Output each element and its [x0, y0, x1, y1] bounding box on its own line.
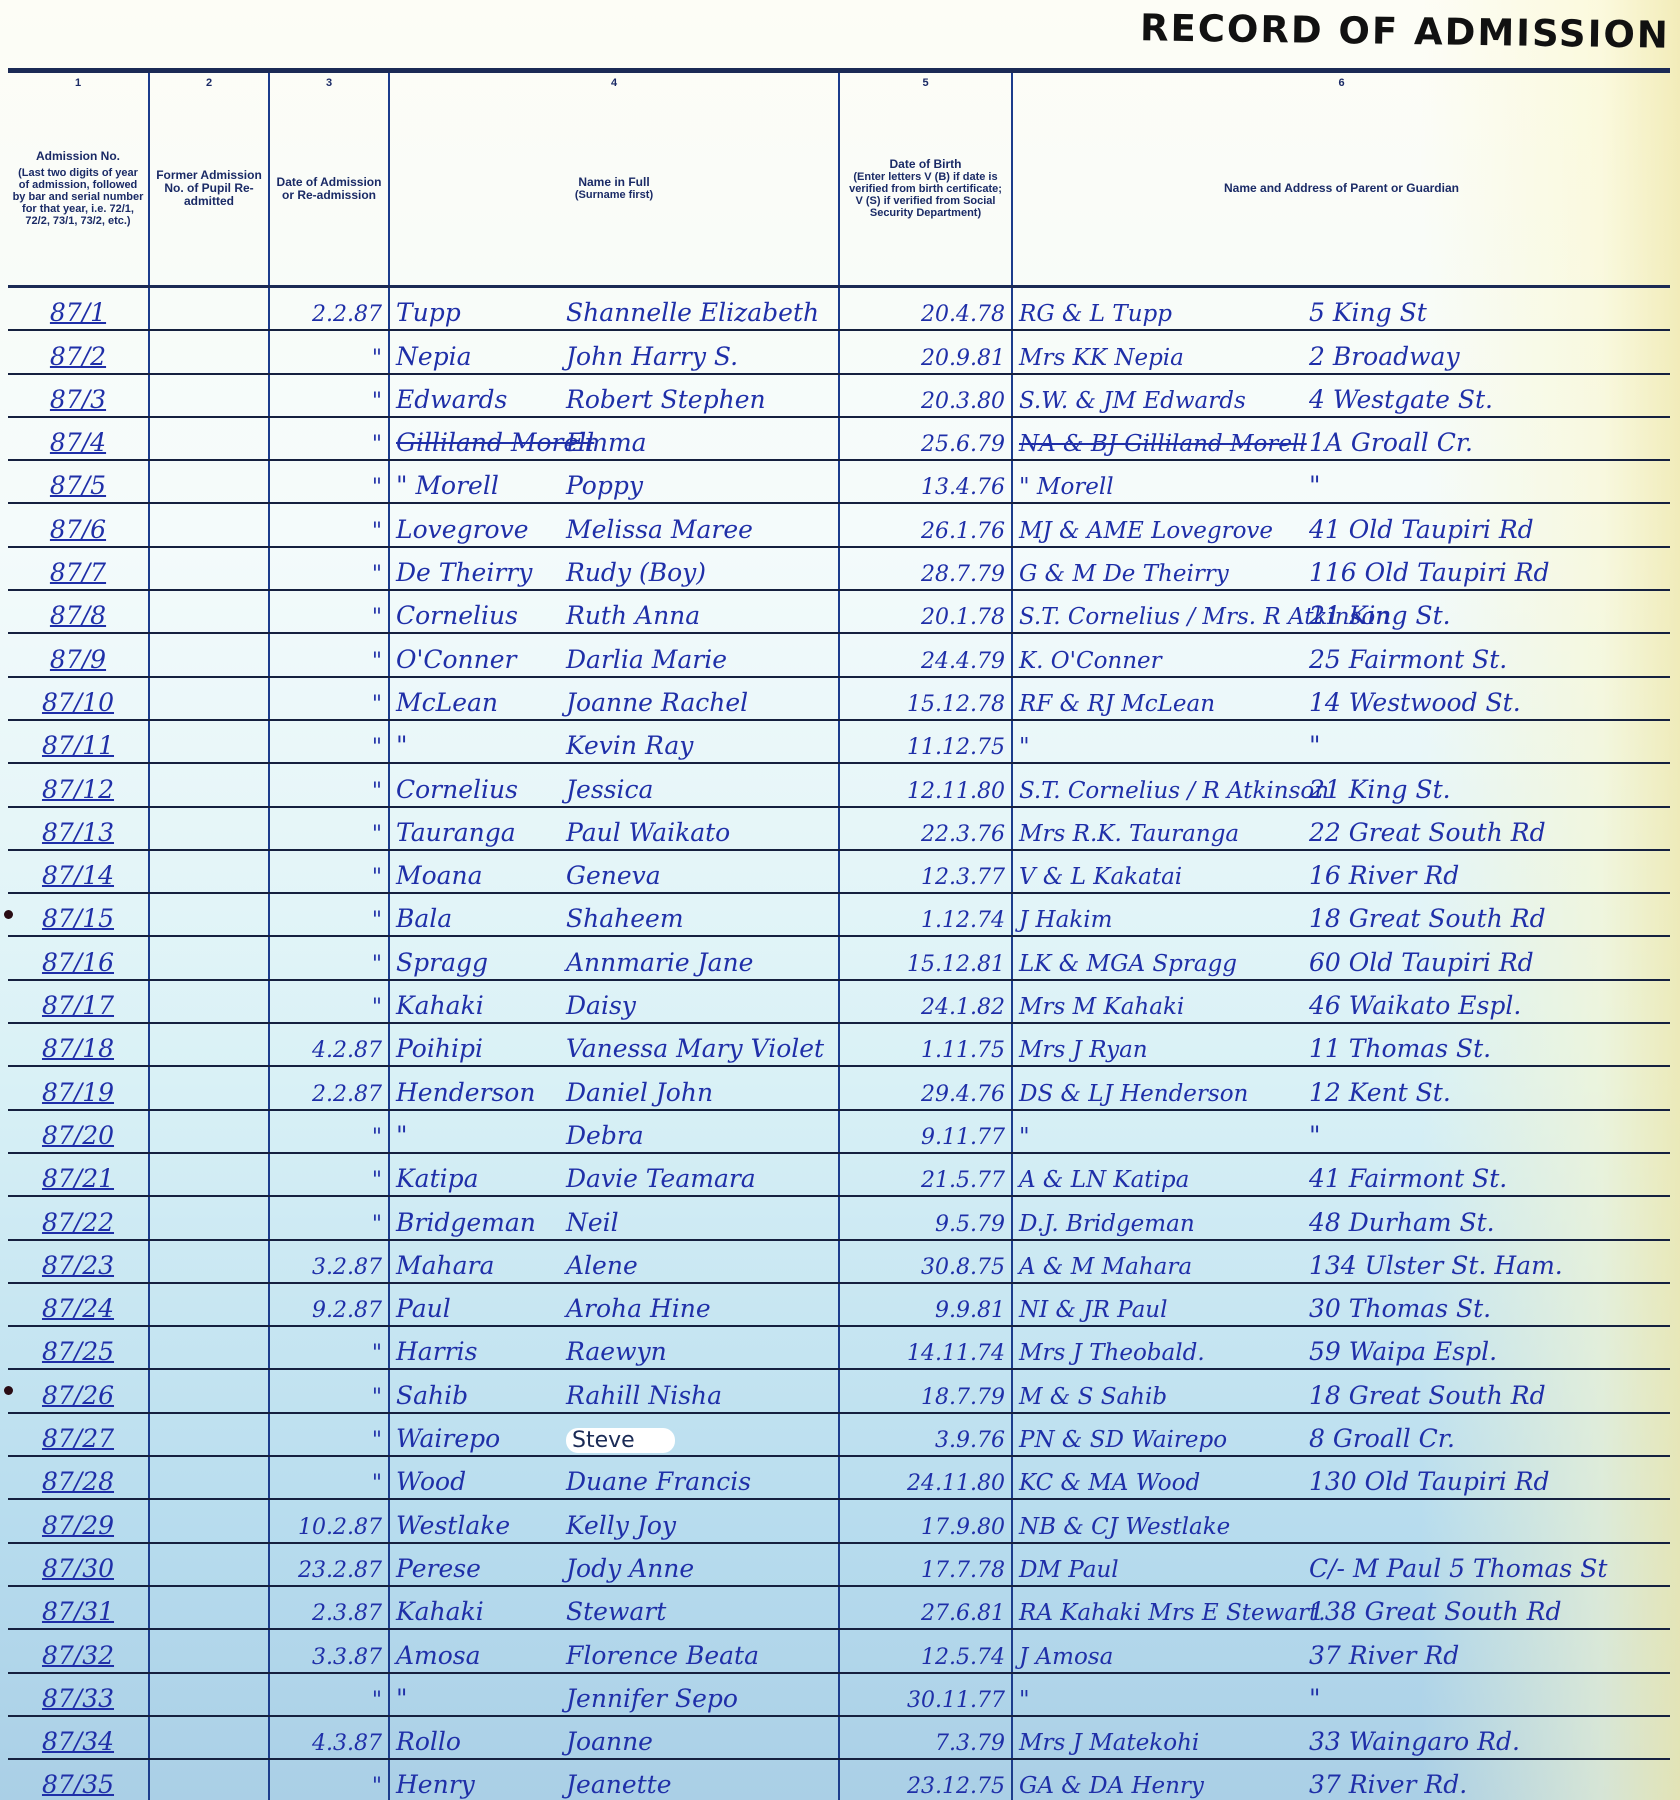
surname: Perese — [396, 1554, 566, 1583]
former-admission-cell — [150, 981, 270, 1022]
date-of-admission-cell: " — [270, 808, 390, 849]
admission-no-cell: 87/4 — [8, 418, 150, 459]
date-of-admission-cell: " — [270, 721, 390, 762]
surname: Harris — [396, 1337, 566, 1366]
table-body: 87/1 2.2.87 Tupp Shannelle Elizabeth 20.… — [8, 288, 1670, 1800]
admission-no-cell: 87/29 — [8, 1500, 150, 1541]
given-names: Raewyn — [566, 1337, 667, 1366]
date-of-birth-cell: 9.5.79 — [840, 1197, 1013, 1238]
name-in-full-cell: " Jennifer Sepo — [390, 1674, 840, 1715]
given-names: Joanne Rachel — [566, 688, 748, 717]
name-in-full-cell: Bala Shaheem — [390, 894, 840, 935]
former-admission-cell — [150, 634, 270, 675]
surname: Poihipi — [396, 1034, 566, 1063]
date-of-birth-cell: 30.8.75 — [840, 1241, 1013, 1282]
date-of-birth-cell: 15.12.78 — [840, 678, 1013, 719]
date-of-admission-cell: " — [270, 548, 390, 589]
parent-address: 134 Ulster St. Ham. — [1309, 1251, 1563, 1280]
date-of-birth-cell: 12.3.77 — [840, 851, 1013, 892]
name-in-full-cell: Cornelius Jessica — [390, 764, 840, 805]
admission-no-cell: 87/17 — [8, 981, 150, 1022]
given-names: John Harry S. — [566, 342, 738, 371]
parent-address: 138 Great South Rd — [1309, 1597, 1561, 1626]
parent-name: S.W. & JM Edwards — [1019, 388, 1309, 414]
admission-no-cell: 87/9 — [8, 634, 150, 675]
name-in-full-cell: Tauranga Paul Waikato — [390, 808, 840, 849]
parent-guardian-cell: " " — [1013, 721, 1670, 762]
given-names: Daniel John — [566, 1078, 713, 1107]
parent-guardian-cell: J Amosa 37 River Rd — [1013, 1630, 1670, 1671]
parent-address: 33 Waingaro Rd. — [1309, 1727, 1520, 1756]
parent-address: 41 Fairmont St. — [1309, 1164, 1507, 1193]
name-in-full-cell: Harris Raewyn — [390, 1327, 840, 1368]
parent-address: " — [1309, 471, 1321, 500]
parent-guardian-cell: A & M Mahara 134 Ulster St. Ham. — [1013, 1241, 1670, 1282]
table-header: 1 Admission No. (Last two digits of year… — [8, 73, 1670, 288]
name-in-full-cell: Perese Jody Anne — [390, 1544, 840, 1585]
parent-address: 16 River Rd — [1309, 861, 1459, 890]
table-row: 87/17 " Kahaki Daisy 24.1.82 Mrs M Kahak… — [8, 981, 1670, 1024]
given-names: Vanessa Mary Violet — [566, 1034, 824, 1063]
parent-guardian-cell: V & L Kakatai 16 River Rd — [1013, 851, 1670, 892]
parent-name: J Hakim — [1019, 907, 1309, 933]
surname: Amosa — [396, 1641, 566, 1670]
admission-no-cell: 87/32 — [8, 1630, 150, 1671]
name-in-full-cell: Lovegrove Melissa Maree — [390, 504, 840, 545]
former-admission-cell — [150, 1587, 270, 1628]
surname: Wood — [396, 1467, 566, 1496]
date-of-admission-cell: 3.3.87 — [270, 1630, 390, 1671]
table-row: 87/14 " Moana Geneva 12.3.77 V & L Kakat… — [8, 851, 1670, 894]
surname: Cornelius — [396, 775, 566, 804]
table-row: 87/27 " Wairepo Steve 3.9.76 PN & SD Wai… — [8, 1414, 1670, 1457]
header-admission-no: 1 Admission No. (Last two digits of year… — [8, 73, 150, 285]
parent-name: RF & RJ McLean — [1019, 691, 1309, 717]
table-row: 87/6 " Lovegrove Melissa Maree 26.1.76 M… — [8, 504, 1670, 547]
given-names: Steve — [566, 1428, 675, 1453]
given-names: Robert Stephen — [566, 385, 766, 414]
former-admission-cell — [150, 721, 270, 762]
surname: " — [396, 731, 566, 760]
name-in-full-cell: Kahaki Stewart — [390, 1587, 840, 1628]
table-row: 87/12 " Cornelius Jessica 12.11.80 S.T. … — [8, 764, 1670, 807]
parent-name: Mrs M Kahaki — [1019, 994, 1309, 1020]
date-of-admission-cell: 10.2.87 — [270, 1500, 390, 1541]
parent-address: 48 Durham St. — [1309, 1208, 1495, 1237]
name-in-full-cell: Edwards Robert Stephen — [390, 375, 840, 416]
date-of-birth-cell: 20.1.78 — [840, 591, 1013, 632]
parent-address: 37 River Rd — [1309, 1641, 1459, 1670]
parent-address: 25 Fairmont St. — [1309, 645, 1507, 674]
parent-name: " — [1019, 734, 1309, 760]
surname: Sahib — [396, 1381, 566, 1410]
admission-no-cell: 87/18 — [8, 1024, 150, 1065]
date-of-birth-cell: 20.3.80 — [840, 375, 1013, 416]
date-of-birth-cell: 9.11.77 — [840, 1111, 1013, 1152]
parent-address: 12 Kent St. — [1309, 1078, 1451, 1107]
former-admission-cell — [150, 1500, 270, 1541]
surname: Cornelius — [396, 601, 566, 630]
parent-guardian-cell: DM Paul C/- M Paul 5 Thomas St — [1013, 1544, 1670, 1585]
parent-guardian-cell: Mrs J Matekohi 33 Waingaro Rd. — [1013, 1717, 1670, 1758]
admission-no-cell: 87/30 — [8, 1544, 150, 1585]
header-date-of-admission: 3 Date of Admission or Re-admission — [270, 73, 390, 285]
date-of-birth-cell: 28.7.79 — [840, 548, 1013, 589]
parent-name: LK & MGA Spragg — [1019, 951, 1309, 977]
parent-address: 30 Thomas St. — [1309, 1294, 1491, 1323]
table-row: 87/31 2.3.87 Kahaki Stewart 27.6.81 RA K… — [8, 1587, 1670, 1630]
surname: " — [396, 1121, 566, 1150]
date-of-birth-cell: 11.12.75 — [840, 721, 1013, 762]
surname: Paul — [396, 1294, 566, 1323]
given-names: Kevin Ray — [566, 731, 693, 760]
parent-guardian-cell: RG & L Tupp 5 King St — [1013, 288, 1670, 329]
given-names: Melissa Maree — [566, 515, 753, 544]
header-name-in-full: 4 Name in Full (Surname first) — [390, 73, 840, 285]
given-names: Ruth Anna — [566, 601, 700, 630]
parent-address: 18 Great South Rd — [1309, 904, 1546, 933]
admission-no-cell: 87/16 — [8, 937, 150, 978]
table-row: 87/19 2.2.87 Henderson Daniel John 29.4.… — [8, 1067, 1670, 1110]
table-row: 87/30 23.2.87 Perese Jody Anne 17.7.78 D… — [8, 1544, 1670, 1587]
parent-guardian-cell: PN & SD Wairepo 8 Groall Cr. — [1013, 1414, 1670, 1455]
given-names: Annmarie Jane — [566, 948, 753, 977]
parent-name: " — [1019, 1124, 1309, 1150]
parent-address: 4 Westgate St. — [1309, 385, 1493, 414]
name-in-full-cell: Rollo Joanne — [390, 1717, 840, 1758]
former-admission-cell — [150, 1111, 270, 1152]
date-of-admission-cell: " — [270, 1760, 390, 1800]
parent-name: D.J. Bridgeman — [1019, 1211, 1309, 1237]
table-row: 87/18 4.2.87 Poihipi Vanessa Mary Violet… — [8, 1024, 1670, 1067]
name-in-full-cell: Gilliland Morell Emma — [390, 418, 840, 459]
name-in-full-cell: Cornelius Ruth Anna — [390, 591, 840, 632]
parent-guardian-cell: G & M De Theirry 116 Old Taupiri Rd — [1013, 548, 1670, 589]
given-names: Joanne — [566, 1727, 653, 1756]
former-admission-cell — [150, 1544, 270, 1585]
parent-address: 2 Broadway — [1309, 342, 1460, 371]
given-names: Jeanette — [566, 1770, 672, 1799]
parent-guardian-cell: " Morell " — [1013, 461, 1670, 502]
table-row: 87/34 4.3.87 Rollo Joanne 7.3.79 Mrs J M… — [8, 1717, 1670, 1760]
parent-name: NA & BJ Gilliland Morell — [1019, 431, 1309, 457]
table-row: 87/2 " Nepia John Harry S. 20.9.81 Mrs K… — [8, 331, 1670, 374]
parent-name: PN & SD Wairepo — [1019, 1427, 1309, 1453]
admission-no-cell: 87/23 — [8, 1241, 150, 1282]
table-row: 87/15 " Bala Shaheem 1.12.74 J Hakim 18 … — [8, 894, 1670, 937]
date-of-birth-cell: 23.12.75 — [840, 1760, 1013, 1800]
name-in-full-cell: " Debra — [390, 1111, 840, 1152]
table-row: 87/20 " " Debra 9.11.77 " " — [8, 1111, 1670, 1154]
date-of-admission-cell: 23.2.87 — [270, 1544, 390, 1585]
surname: Katipa — [396, 1164, 566, 1193]
admission-no-cell: 87/1 — [8, 288, 150, 329]
date-of-admission-cell: " — [270, 937, 390, 978]
admission-no-cell: 87/8 — [8, 591, 150, 632]
name-in-full-cell: Poihipi Vanessa Mary Violet — [390, 1024, 840, 1065]
table-row: 87/11 " " Kevin Ray 11.12.75 " " — [8, 721, 1670, 764]
parent-name: G & M De Theirry — [1019, 561, 1309, 587]
date-of-admission-cell: " — [270, 894, 390, 935]
former-admission-cell — [150, 764, 270, 805]
date-of-admission-cell: 9.2.87 — [270, 1284, 390, 1325]
date-of-birth-cell: 22.3.76 — [840, 808, 1013, 849]
header-former-admission-no: 2 Former Admission No. of Pupil Re-admit… — [150, 73, 270, 285]
date-of-birth-cell: 7.3.79 — [840, 1717, 1013, 1758]
given-names: Jessica — [566, 775, 653, 804]
parent-guardian-cell: Mrs J Ryan 11 Thomas St. — [1013, 1024, 1670, 1065]
parent-guardian-cell: " " — [1013, 1674, 1670, 1715]
surname: Moana — [396, 861, 566, 890]
parent-address: 14 Westwood St. — [1309, 688, 1521, 717]
given-names: Emma — [566, 428, 647, 457]
name-in-full-cell: Sahib Rahill Nisha — [390, 1370, 840, 1411]
surname: Tauranga — [396, 818, 566, 847]
parent-name: A & LN Katipa — [1019, 1167, 1309, 1193]
admission-no-cell: 87/21 — [8, 1154, 150, 1195]
parent-guardian-cell: S.T. Cornelius / Mrs. R Atkinson 21 King… — [1013, 591, 1670, 632]
given-names: Paul Waikato — [566, 818, 730, 847]
date-of-admission-cell: " — [270, 981, 390, 1022]
given-names: Jennifer Sepo — [566, 1684, 738, 1713]
header-date-of-birth: 5 Date of Birth (Enter letters V (B) if … — [840, 73, 1013, 285]
date-of-birth-cell: 24.4.79 — [840, 634, 1013, 675]
date-of-admission-cell: " — [270, 331, 390, 372]
admission-no-cell: 87/11 — [8, 721, 150, 762]
parent-address: C/- M Paul 5 Thomas St — [1309, 1554, 1607, 1583]
parent-guardian-cell: Mrs R.K. Tauranga 22 Great South Rd — [1013, 808, 1670, 849]
parent-address: 1A Groall Cr. — [1309, 428, 1473, 457]
table-row: 87/26 " Sahib Rahill Nisha 18.7.79 M & S… — [8, 1370, 1670, 1413]
parent-name: " Morell — [1019, 474, 1309, 500]
surname: McLean — [396, 688, 566, 717]
date-of-admission-cell: " — [270, 504, 390, 545]
former-admission-cell — [150, 1630, 270, 1671]
date-of-birth-cell: 1.12.74 — [840, 894, 1013, 935]
surname: Edwards — [396, 385, 566, 414]
former-admission-cell — [150, 461, 270, 502]
surname: Henderson — [396, 1078, 566, 1107]
table-row: 87/25 " Harris Raewyn 14.11.74 Mrs J The… — [8, 1327, 1670, 1370]
table-row: 87/8 " Cornelius Ruth Anna 20.1.78 S.T. … — [8, 591, 1670, 634]
former-admission-cell — [150, 1414, 270, 1455]
parent-address: 116 Old Taupiri Rd — [1309, 558, 1550, 587]
given-names: Davie Teamara — [566, 1164, 756, 1193]
name-in-full-cell: " Morell Poppy — [390, 461, 840, 502]
date-of-admission-cell: " — [270, 375, 390, 416]
table-row: 87/3 " Edwards Robert Stephen 20.3.80 S.… — [8, 375, 1670, 418]
date-of-birth-cell: 1.11.75 — [840, 1024, 1013, 1065]
former-admission-cell — [150, 937, 270, 978]
parent-name: KC & MA Wood — [1019, 1470, 1309, 1496]
name-in-full-cell: Henderson Daniel John — [390, 1067, 840, 1108]
name-in-full-cell: McLean Joanne Rachel — [390, 678, 840, 719]
parent-guardian-cell: K. O'Conner 25 Fairmont St. — [1013, 634, 1670, 675]
date-of-birth-cell: 12.11.80 — [840, 764, 1013, 805]
admission-no-cell: 87/20 — [8, 1111, 150, 1152]
name-in-full-cell: O'Conner Darlia Marie — [390, 634, 840, 675]
name-in-full-cell: " Kevin Ray — [390, 721, 840, 762]
date-of-birth-cell: 29.4.76 — [840, 1067, 1013, 1108]
date-of-admission-cell: " — [270, 764, 390, 805]
parent-guardian-cell: NA & BJ Gilliland Morell 1A Groall Cr. — [1013, 418, 1670, 459]
parent-name: RA Kahaki Mrs E Stewart. — [1019, 1600, 1309, 1626]
admission-no-cell: 87/6 — [8, 504, 150, 545]
former-admission-cell — [150, 504, 270, 545]
parent-name: M & S Sahib — [1019, 1384, 1309, 1410]
former-admission-cell — [150, 808, 270, 849]
date-of-birth-cell: 17.9.80 — [840, 1500, 1013, 1541]
parent-address: " — [1309, 1121, 1321, 1150]
name-in-full-cell: Westlake Kelly Joy — [390, 1500, 840, 1541]
parent-guardian-cell: J Hakim 18 Great South Rd — [1013, 894, 1670, 935]
name-in-full-cell: Bridgeman Neil — [390, 1197, 840, 1238]
date-of-birth-cell: 26.1.76 — [840, 504, 1013, 545]
date-of-admission-cell: " — [270, 1154, 390, 1195]
admission-no-cell: 87/34 — [8, 1717, 150, 1758]
table-row: 87/33 " " Jennifer Sepo 30.11.77 " " — [8, 1674, 1670, 1717]
former-admission-cell — [150, 331, 270, 372]
table-row: 87/4 " Gilliland Morell Emma 25.6.79 NA … — [8, 418, 1670, 461]
parent-guardian-cell: Mrs KK Nepia 2 Broadway — [1013, 331, 1670, 372]
given-names: Neil — [566, 1208, 619, 1237]
table-row: 87/21 " Katipa Davie Teamara 21.5.77 A &… — [8, 1154, 1670, 1197]
parent-guardian-cell: NI & JR Paul 30 Thomas St. — [1013, 1284, 1670, 1325]
former-admission-cell — [150, 375, 270, 416]
date-of-birth-cell: 25.6.79 — [840, 418, 1013, 459]
admission-no-cell: 87/26 — [8, 1370, 150, 1411]
former-admission-cell — [150, 851, 270, 892]
given-names: Aroha Hine — [566, 1294, 711, 1323]
parent-guardian-cell: NB & CJ Westlake — [1013, 1500, 1670, 1541]
parent-name: DS & LJ Henderson — [1019, 1081, 1309, 1107]
surname: Tupp — [396, 298, 566, 327]
date-of-admission-cell: 2.2.87 — [270, 1067, 390, 1108]
parent-name: DM Paul — [1019, 1557, 1309, 1583]
given-names: Poppy — [566, 471, 643, 500]
table-row: 87/5 " " Morell Poppy 13.4.76 " Morell " — [8, 461, 1670, 504]
date-of-birth-cell: 20.4.78 — [840, 288, 1013, 329]
table-row: 87/13 " Tauranga Paul Waikato 22.3.76 Mr… — [8, 808, 1670, 851]
parent-guardian-cell: Mrs M Kahaki 46 Waikato Espl. — [1013, 981, 1670, 1022]
parent-name: K. O'Conner — [1019, 648, 1309, 674]
admission-no-cell: 87/2 — [8, 331, 150, 372]
table-row: 87/29 10.2.87 Westlake Kelly Joy 17.9.80… — [8, 1500, 1670, 1543]
parent-address: " — [1309, 1684, 1321, 1713]
date-of-admission-cell: 4.2.87 — [270, 1024, 390, 1065]
admission-no-cell: 87/15 — [8, 894, 150, 935]
parent-name: V & L Kakatai — [1019, 864, 1309, 890]
date-of-birth-cell: 27.6.81 — [840, 1587, 1013, 1628]
table-row: 87/16 " Spragg Annmarie Jane 15.12.81 LK… — [8, 937, 1670, 980]
parent-guardian-cell: GA & DA Henry 37 River Rd. — [1013, 1760, 1670, 1800]
former-admission-cell — [150, 1284, 270, 1325]
given-names: Kelly Joy — [566, 1511, 676, 1540]
date-of-admission-cell: " — [270, 634, 390, 675]
parent-name: GA & DA Henry — [1019, 1773, 1309, 1799]
date-of-admission-cell: " — [270, 678, 390, 719]
given-names: Stewart — [566, 1597, 666, 1626]
surname: " — [396, 1684, 566, 1713]
parent-name: Mrs J Theobald. — [1019, 1340, 1309, 1366]
former-admission-cell — [150, 288, 270, 329]
parent-address: 41 Old Taupiri Rd — [1309, 515, 1534, 544]
date-of-admission-cell: " — [270, 461, 390, 502]
surname: Spragg — [396, 948, 566, 977]
admission-no-cell: 87/28 — [8, 1457, 150, 1498]
surname: Rollo — [396, 1727, 566, 1756]
parent-guardian-cell: A & LN Katipa 41 Fairmont St. — [1013, 1154, 1670, 1195]
parent-guardian-cell: LK & MGA Spragg 60 Old Taupiri Rd — [1013, 937, 1670, 978]
surname: " Morell — [396, 471, 566, 500]
date-of-admission-cell: 3.2.87 — [270, 1241, 390, 1282]
name-in-full-cell: Wood Duane Francis — [390, 1457, 840, 1498]
parent-guardian-cell: KC & MA Wood 130 Old Taupiri Rd — [1013, 1457, 1670, 1498]
date-of-birth-cell: 17.7.78 — [840, 1544, 1013, 1585]
parent-guardian-cell: RA Kahaki Mrs E Stewart. 138 Great South… — [1013, 1587, 1670, 1628]
parent-guardian-cell: " " — [1013, 1111, 1670, 1152]
parent-address: 37 River Rd. — [1309, 1770, 1467, 1799]
name-in-full-cell: Wairepo Steve — [390, 1414, 840, 1455]
date-of-birth-cell: 3.9.76 — [840, 1414, 1013, 1455]
date-of-admission-cell: 2.2.87 — [270, 288, 390, 329]
parent-guardian-cell: M & S Sahib 18 Great South Rd — [1013, 1370, 1670, 1411]
parent-name: Mrs J Ryan — [1019, 1037, 1309, 1063]
parent-guardian-cell: MJ & AME Lovegrove 41 Old Taupiri Rd — [1013, 504, 1670, 545]
parent-name: MJ & AME Lovegrove — [1019, 518, 1309, 544]
admission-no-cell: 87/22 — [8, 1197, 150, 1238]
parent-address: " — [1309, 731, 1321, 760]
parent-address: 21 King St. — [1309, 601, 1451, 630]
parent-name: Mrs KK Nepia — [1019, 345, 1309, 371]
date-of-admission-cell: " — [270, 1414, 390, 1455]
given-names: Shannelle Elizabeth — [566, 298, 819, 327]
date-of-admission-cell: " — [270, 1111, 390, 1152]
surname: Henry — [396, 1770, 566, 1799]
parent-address: 60 Old Taupiri Rd — [1309, 948, 1534, 977]
date-of-admission-cell: " — [270, 1457, 390, 1498]
surname: Lovegrove — [396, 515, 566, 544]
former-admission-cell — [150, 1760, 270, 1800]
parent-address: 5 King St — [1309, 298, 1427, 327]
table-row: 87/28 " Wood Duane Francis 24.11.80 KC &… — [8, 1457, 1670, 1500]
former-admission-cell — [150, 1674, 270, 1715]
date-of-birth-cell: 24.1.82 — [840, 981, 1013, 1022]
admission-no-cell: 87/33 — [8, 1674, 150, 1715]
parent-name: NI & JR Paul — [1019, 1297, 1309, 1323]
date-of-admission-cell: " — [270, 1674, 390, 1715]
admission-register-table: 1 Admission No. (Last two digits of year… — [8, 68, 1670, 1800]
table-row: 87/1 2.2.87 Tupp Shannelle Elizabeth 20.… — [8, 288, 1670, 331]
given-names: Alene — [566, 1251, 638, 1280]
surname: Gilliland Morell — [396, 428, 566, 457]
surname: Westlake — [396, 1511, 566, 1540]
date-of-admission-cell: " — [270, 1370, 390, 1411]
parent-name: S.T. Cornelius / R Atkinson — [1019, 778, 1309, 804]
surname: Wairepo — [396, 1424, 566, 1453]
former-admission-cell — [150, 418, 270, 459]
header-parent-guardian: 6 Name and Address of Parent or Guardian — [1013, 73, 1670, 285]
date-of-birth-cell: 20.9.81 — [840, 331, 1013, 372]
parent-guardian-cell: D.J. Bridgeman 48 Durham St. — [1013, 1197, 1670, 1238]
parent-address: 22 Great South Rd — [1309, 818, 1546, 847]
table-row: 87/35 " Henry Jeanette 23.12.75 GA & DA … — [8, 1760, 1670, 1800]
parent-address: 46 Waikato Espl. — [1309, 991, 1521, 1020]
given-names: Daisy — [566, 991, 636, 1020]
date-of-admission-cell: " — [270, 1327, 390, 1368]
date-of-admission-cell: 4.3.87 — [270, 1717, 390, 1758]
given-names: Jody Anne — [566, 1554, 694, 1583]
